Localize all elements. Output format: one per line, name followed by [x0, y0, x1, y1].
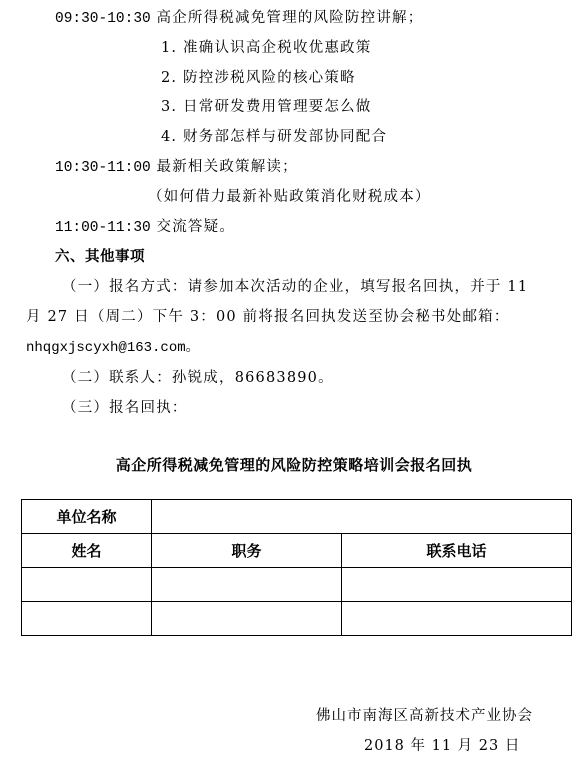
signature-org: 佛山市南海区高新技术产业协会 [316, 706, 533, 726]
section-item: 月 27 日（周二）下午 3：00 前将报名回执发送至协会秘书处邮箱： [26, 307, 510, 327]
company-label: 单位名称 [22, 500, 152, 534]
company-field[interactable] [152, 500, 572, 534]
title-cell[interactable] [152, 568, 342, 602]
column-header-title: 职务 [152, 534, 342, 568]
schedule-time: 10:30-11:00 [55, 160, 151, 176]
table-row [22, 568, 572, 602]
phone-cell[interactable] [342, 568, 572, 602]
column-header-name: 姓名 [22, 534, 152, 568]
table-header-row: 姓名 职务 联系电话 [22, 534, 572, 568]
section-heading: 六、其他事项 [55, 247, 145, 267]
table-row [22, 602, 572, 636]
schedule-time: 09:30-10:30 [55, 11, 151, 27]
column-header-phone: 联系电话 [342, 534, 572, 568]
schedule-subitem: 2. 防控涉税风险的核心策略 [161, 68, 356, 88]
schedule-item-2: 10:30-11:00 最新相关政策解读； [55, 157, 298, 178]
schedule-item-1: 09:30-10:30 高企所得税减免管理的风险防控讲解； [55, 8, 423, 29]
section-item: （二）联系人：孙锐成，86683890。 [62, 368, 334, 388]
schedule-time: 11:00-11:30 [55, 220, 151, 236]
schedule-item-3: 11:00-11:30 交流答疑。 [55, 217, 235, 238]
schedule-subitem: 3. 日常研发费用管理要怎么做 [161, 97, 371, 117]
registration-table: 单位名称 姓名 职务 联系电话 [21, 499, 572, 636]
email-link[interactable]: nhqgxjscyxh@163.com。 [26, 338, 200, 358]
section-item: （一）报名方式：请参加本次活动的企业，填写报名回执，并于 11 [62, 277, 528, 297]
phone-cell[interactable] [342, 602, 572, 636]
schedule-text: 高企所得税减免管理的风险防控讲解； [157, 10, 424, 26]
schedule-subitem: （如何借力最新补贴政策消化财税成本） [148, 187, 431, 207]
title-cell[interactable] [152, 602, 342, 636]
section-item: （三）报名回执： [62, 398, 188, 418]
name-cell[interactable] [22, 602, 152, 636]
schedule-subitem: 1. 准确认识高企税收优惠政策 [161, 38, 371, 58]
form-title: 高企所得税减免管理的风险防控策略培训会报名回执 [0, 454, 588, 475]
schedule-subitem: 4. 财务部怎样与研发部协同配合 [161, 127, 387, 147]
signature-date: 2018 年 11 月 23 日 [364, 736, 520, 756]
schedule-text: 交流答疑。 [157, 219, 236, 235]
schedule-text: 最新相关政策解读； [157, 159, 298, 175]
table-row: 单位名称 [22, 500, 572, 534]
name-cell[interactable] [22, 568, 152, 602]
